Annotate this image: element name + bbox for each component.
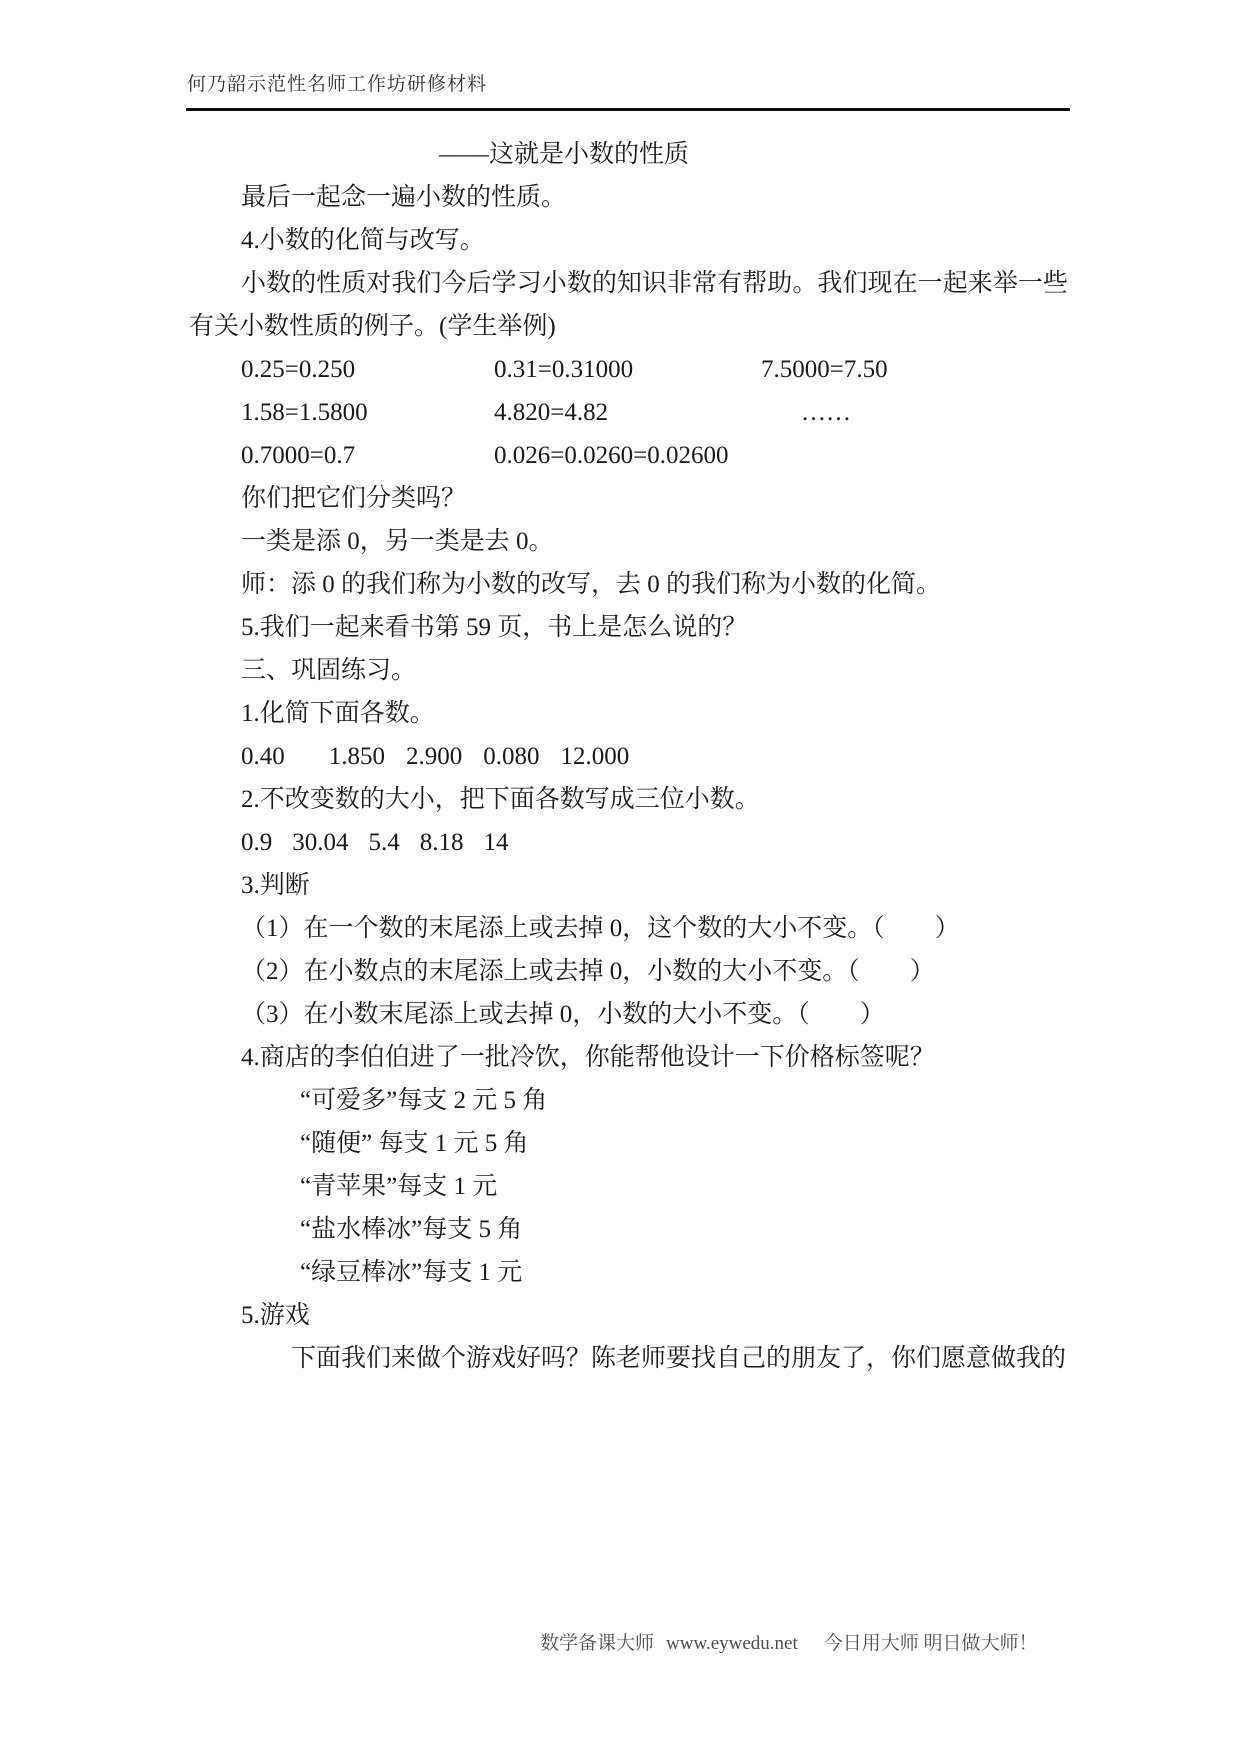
number-item: 8.18: [420, 821, 464, 864]
exercise4-title: 4.商店的李伯伯进了一批冷饮，你能帮他设计一下价格标签呢？: [189, 1036, 1068, 1079]
equation: 1.58=1.5800: [241, 391, 494, 434]
footer-slogan: 今日用大师 明日做大师！: [824, 1631, 1038, 1657]
price-list-item: “绿豆棒冰”每支 1 元: [189, 1251, 1068, 1294]
footer-site-url: www.eywedu.net: [666, 1631, 798, 1657]
judgment-item: （3）在小数末尾添上或去掉 0，小数的大小不变。（ ）: [189, 993, 1068, 1036]
paragraph-classify-question: 你们把它们分类吗？: [189, 477, 1068, 520]
equation: 7.5000=7.50: [761, 348, 1068, 391]
number-item: 12.000: [561, 735, 630, 778]
example-equations-row: 0.7000=0.7 0.026=0.0260=0.02600: [189, 434, 1068, 477]
document-body: ——这就是小数的性质 最后一起念一遍小数的性质。 4.小数的化简与改写。 小数的…: [189, 133, 1068, 1380]
price-list-item: “青苹果”每支 1 元: [189, 1165, 1068, 1208]
number-item: 2.900: [406, 735, 462, 778]
paragraph-read-aloud: 最后一起念一遍小数的性质。: [189, 176, 1068, 219]
paragraph-part3-title: 三、巩固练习。: [189, 649, 1068, 692]
subtitle-line: ——这就是小数的性质: [189, 133, 1068, 176]
equation: 0.25=0.250: [241, 348, 494, 391]
footer-site-name: 数学备课大师: [540, 1631, 654, 1657]
paragraph-teacher-note: 师：添 0 的我们称为小数的改写，去 0 的我们称为小数的化简。: [189, 563, 1068, 606]
document-page: 何乃韶示范性名师工作坊研修材料 ——这就是小数的性质 最后一起念一遍小数的性质。…: [0, 0, 1241, 1754]
page-footer: 数学备课大师 www.eywedu.net 今日用大师 明日做大师！: [540, 1631, 1038, 1657]
equation: 0.7000=0.7: [241, 434, 494, 477]
ellipsis-mark: ……: [761, 391, 1068, 434]
number-item: 5.4: [369, 821, 400, 864]
equation: [761, 434, 1068, 477]
judgment-item: （1）在一个数的末尾添上或去掉 0，这个数的大小不变。（ ）: [189, 907, 1068, 950]
number-item: 30.04: [292, 821, 348, 864]
example-equations-row: 1.58=1.5800 4.820=4.82 ……: [189, 391, 1068, 434]
equation: 0.31=0.31000: [494, 348, 761, 391]
exercise1-numbers: 0.40 1.850 2.900 0.080 12.000: [189, 735, 1068, 778]
paragraph-sec4-body-line1: 小数的性质对我们今后学习小数的知识非常有帮助。我们现在一起来举一些: [189, 262, 1068, 305]
price-list-item: “盐水棒冰”每支 5 角: [189, 1208, 1068, 1251]
exercise5-title: 5.游戏: [189, 1294, 1068, 1337]
equation: 4.820=4.82: [494, 391, 761, 434]
header-divider: [186, 108, 1070, 111]
paragraph-game-intro: 下面我们来做个游戏好吗？陈老师要找自己的朋友了，你们愿意做我的: [189, 1337, 1068, 1380]
exercise2-numbers: 0.9 30.04 5.4 8.18 14: [189, 821, 1068, 864]
exercise3-title: 3.判断: [189, 864, 1068, 907]
equation: 0.026=0.0260=0.02600: [494, 434, 761, 477]
example-equations-row: 0.25=0.250 0.31=0.31000 7.5000=7.50: [189, 348, 1068, 391]
number-item: 0.40: [241, 735, 285, 778]
paragraph-sec5: 5.我们一起来看书第 59 页，书上是怎么说的？: [189, 606, 1068, 649]
paragraph-classify-answer: 一类是添 0，另一类是去 0。: [189, 520, 1068, 563]
exercise2-title: 2.不改变数的大小，把下面各数写成三位小数。: [189, 778, 1068, 821]
number-item: 1.850: [329, 735, 385, 778]
exercise1-title: 1.化简下面各数。: [189, 692, 1068, 735]
number-item: 14: [484, 821, 509, 864]
paragraph-sec4-title: 4.小数的化简与改写。: [189, 219, 1068, 262]
paragraph-sec4-body-line2: 有关小数性质的例子。(学生举例): [189, 305, 1068, 348]
number-item: 0.9: [241, 821, 272, 864]
number-item: 0.080: [483, 735, 539, 778]
price-list-item: “随便” 每支 1 元 5 角: [189, 1122, 1068, 1165]
judgment-item: （2）在小数点的末尾添上或去掉 0，小数的大小不变。（ ）: [189, 950, 1068, 993]
price-list-item: “可爱多”每支 2 元 5 角: [189, 1079, 1068, 1122]
page-header-title: 何乃韶示范性名师工作坊研修材料: [187, 73, 487, 97]
